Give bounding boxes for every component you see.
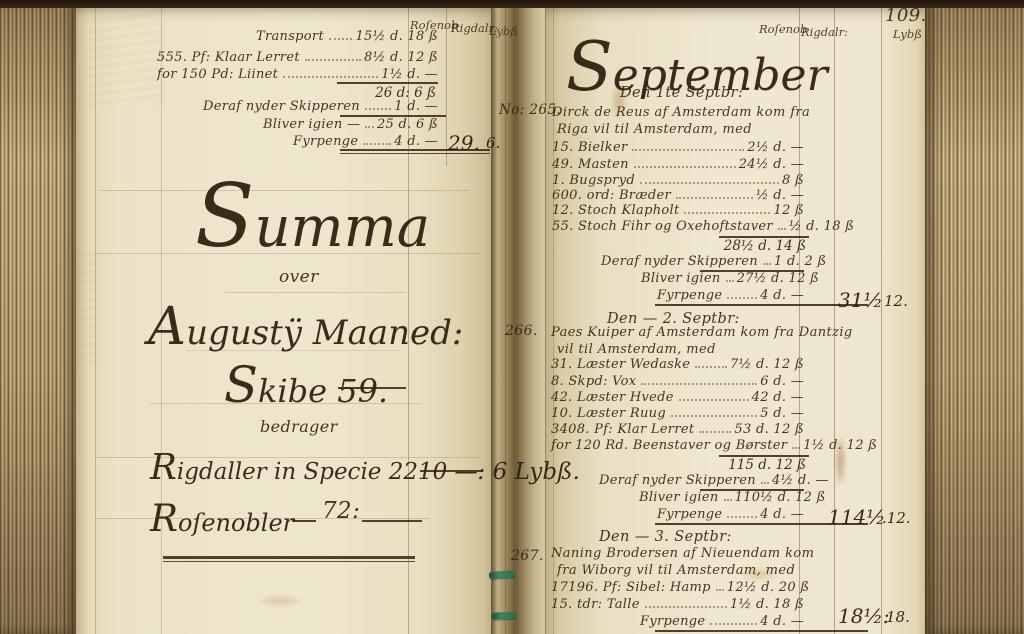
carryover-row: for 150 Pd: Liinet 1½ d. — (157, 67, 438, 82)
cargo-item: 55. Stoch Fihr og Oxehoftstaver (552, 219, 773, 234)
dotted-leader (365, 126, 374, 128)
skipper-deduction-row: Deraf nyder Skipperen 1 d. — (203, 99, 438, 114)
cargo-amount: 12½ d. 20 ß (727, 580, 810, 595)
remainder-row: Bliver igien27½ d. 12 ß (641, 271, 804, 286)
dotted-leader (727, 516, 757, 518)
carryover-item: for 150 Pd: Liinet (157, 67, 278, 82)
cargo-row: 31. Læster Wedaske7½ d. 12 ß (551, 357, 804, 372)
dash-rule (292, 520, 316, 522)
cargo-item: 31. Læster Wedaske (551, 357, 690, 372)
entry-subtotal: 115 d. 12 ß (700, 457, 806, 473)
cargo-row: 49. Masten24½ d. — (552, 157, 804, 172)
margin-total-rigsdaler: 18½: (838, 604, 890, 628)
cargo-row: 15. tdr: Talle1½ d. 18 ß (551, 597, 804, 612)
dotted-leader (724, 499, 732, 501)
skipper-label: Deraf nyder Skipperen (203, 99, 360, 114)
open-ledger-book: Roſenob Rigdalr: Lybß Transport 15½ d. 1… (0, 0, 1024, 634)
dotted-leader (640, 182, 779, 184)
fyrpenge-amount: 4 d. — (394, 134, 438, 149)
cargo-item: 12. Stoch Klapholt (552, 203, 679, 218)
remainder-amount: 110½ d. 12 ß (735, 490, 826, 505)
cargo-item: 42. Læster Hvede (551, 390, 674, 405)
summary-title: Summa (195, 166, 430, 267)
dotted-leader (305, 59, 361, 61)
summary-month: Augustÿ Maaned: (148, 296, 463, 357)
right-stack-shading (925, 0, 1024, 634)
dotted-leader (778, 228, 786, 230)
margin-total-rigsdaler: 114½ (828, 505, 886, 529)
summary-over: over (279, 267, 319, 287)
carryover-amount: 1½ d. — (381, 67, 438, 82)
entry-intro: fra Wiborg vil til Amsterdam, med (557, 563, 795, 578)
entry-date: Den 1te Septbr: (620, 85, 743, 101)
cargo-item: 3408. Pf: Klar Lerret (551, 422, 694, 437)
dotted-leader (632, 149, 744, 151)
entry-number: 267. (511, 548, 544, 564)
dotted-leader (283, 76, 378, 78)
cargo-amount: 2½ d. — (747, 140, 804, 155)
entry-intro: Naning Brodersen af Nieuendam kom (551, 546, 814, 561)
entry-date: Den — 3. Septbr: (599, 529, 732, 545)
cargo-row: 55. Stoch Fihr og Oxehoftstaver½ d. 18 ß (552, 219, 804, 234)
dash-rule (420, 470, 482, 472)
cargo-amount: 6 d. — (760, 374, 804, 389)
cargo-row: 600. ord: Bræder½ d. — (552, 188, 804, 203)
carryover-item: 555. Pf: Klaar Lerret (157, 50, 300, 65)
dotted-leader (363, 143, 391, 145)
carryover-row: Transport 15½ d. 18 ß (256, 29, 438, 44)
cargo-amount: 53 d. 12 ß (734, 422, 804, 437)
cargo-item: for 120 Rd. Beenstaver og Børster (551, 438, 787, 453)
fyrpenge-row: Fyrpenge4 d. — (657, 507, 804, 522)
cargo-amount: 1½ d. 12 ß (803, 438, 877, 453)
left-margin-total-skilling: 6. (486, 134, 500, 152)
dotted-leader (699, 431, 731, 433)
cargo-amount: 12 ß (773, 203, 804, 218)
cargo-item: 17196. Pf: Sibel: Hamp (551, 580, 711, 595)
fyrpenge-amount: 4 d. — (760, 614, 804, 629)
cargo-amount: 1½ d. 18 ß (730, 597, 804, 612)
fyrpenge-amount: 4 d. — (760, 288, 804, 303)
fyrpenge-row: Fyrpenge4 d. — (640, 614, 804, 629)
dash-rule (362, 520, 422, 522)
fyrpenge-amount: 4 d. — (760, 507, 804, 522)
cargo-item: 15. tdr: Talle (551, 597, 640, 612)
fyrpenge-row: Fyrpenge 4 d. — (293, 134, 438, 149)
cargo-row: 12. Stoch Klapholt12 ß (552, 203, 804, 218)
cargo-amount: 5 d. — (760, 406, 804, 421)
ink-bleedthrough-smudge (60, 250, 100, 370)
right-page-stack (925, 0, 1024, 634)
dotted-leader (641, 383, 757, 385)
entry-intro: vil til Amsterdam, med (557, 342, 716, 357)
sum-rule (337, 82, 438, 84)
dotted-leader (792, 447, 800, 449)
carryover-row: 555. Pf: Klaar Lerret 8½ d. 12 ß (157, 50, 438, 65)
cargo-row: 15. Bielker2½ d. — (552, 140, 804, 155)
cargo-row: 1. Bugspryd8 ß (552, 173, 804, 188)
cargo-amount: 8 ß (782, 173, 804, 188)
cargo-item: 49. Masten (552, 157, 629, 172)
entry-number: 266. (505, 323, 538, 339)
dotted-leader (634, 166, 736, 168)
skipper-amount: 1 d. 2 ß (774, 254, 826, 269)
cargo-row: 42. Læster Hvede42 d. — (551, 390, 804, 405)
remainder-label: Bliver igien (639, 490, 719, 505)
skipper-label: Deraf nyder Skipperen (601, 254, 758, 269)
summary-rosenobler-value: 72: (322, 498, 360, 524)
right-column-header-lybsk: Lybß (893, 27, 922, 41)
entry-intro: Riga vil til Amsterdam, med (557, 122, 752, 137)
closing-rule (163, 556, 415, 559)
remainder-row: Bliver igien110½ d. 12 ß (639, 490, 804, 505)
entry-intro: Dirck de Reus af Amsterdam kom fra (552, 105, 810, 120)
dotted-leader (726, 280, 734, 282)
dotted-leader (761, 482, 769, 484)
carryover-item: Transport (256, 29, 324, 44)
cargo-row: 17196. Pf: Sibel: Hamp12½ d. 20 ß (551, 580, 804, 595)
total-rule (655, 630, 868, 632)
carryover-amount: 8½ d. 12 ß (364, 50, 438, 65)
cargo-amount: 42 d. — (752, 390, 804, 405)
entry-intro: Paes Kuiper af Amsterdam kom fra Dantzig (551, 325, 853, 340)
entry-subtotal: 28½ d. 14 ß (700, 238, 806, 254)
dotted-leader (763, 263, 771, 265)
dotted-leader (671, 415, 757, 417)
cargo-item: 600. ord: Bræder (552, 188, 671, 203)
closing-rule (163, 561, 415, 562)
left-column-header-lybsk: Lybß (489, 24, 518, 38)
fyrpenge-label: Fyrpenge (657, 507, 722, 522)
remainder-amount: 25 d. 6 ß (377, 117, 438, 132)
faint-rule (225, 292, 405, 293)
book-cover-edge (0, 0, 1024, 8)
cargo-row: 8. Skpd: Vox6 d. — (551, 374, 804, 389)
dotted-leader (710, 623, 757, 625)
cargo-item: 10. Læster Ruug (551, 406, 666, 421)
dotted-leader (679, 399, 749, 401)
dotted-leader (365, 108, 391, 110)
page-number: 109. (885, 5, 927, 26)
ruled-line (881, 8, 882, 634)
cargo-item: 15. Bielker (552, 140, 627, 155)
cargo-row: 3408. Pf: Klar Lerret53 d. 12 ß (551, 422, 804, 437)
binding-stitch (492, 611, 516, 619)
skipper-deduction-row: Deraf nyder Skipperen1 d. 2 ß (601, 254, 804, 269)
dotted-leader (676, 197, 753, 199)
carryover-amount: 15½ d. 18 ß (355, 29, 438, 44)
margin-total-skilling: .12. (882, 509, 911, 527)
cargo-row: for 120 Rd. Beenstaver og Børster1½ d. 1… (551, 438, 804, 453)
cargo-amount: ½ d. — (756, 188, 804, 203)
left-margin-total-rigsdaler: 29. (448, 131, 480, 155)
cargo-item: 8. Skpd: Vox (551, 374, 636, 389)
dotted-leader (645, 606, 727, 608)
margin-total-skilling: 18. (886, 608, 910, 626)
remainder-label: Bliver igien — (263, 117, 360, 132)
fyrpenge-label: Fyrpenge (657, 288, 722, 303)
total-rule (655, 304, 868, 306)
cargo-amount: 24½ d. — (739, 157, 804, 172)
dotted-leader (684, 212, 770, 214)
fyrpenge-label: Fyrpenge (293, 134, 358, 149)
remainder-row: Bliver igien — 25 d. 6 ß (263, 117, 438, 132)
skipper-label: Deraf nyder Skipperen (599, 473, 756, 488)
fyrpenge-row: Fyrpenge4 d. — (657, 288, 804, 303)
ruled-line (834, 8, 835, 634)
dotted-leader (716, 589, 724, 591)
paper-stain (260, 596, 300, 606)
summary-rosenobler-label: Roſenobler (150, 496, 294, 540)
remainder-amount: 27½ d. 12 ß (737, 271, 820, 286)
fyrpenge-label: Fyrpenge (640, 614, 705, 629)
dotted-leader (727, 297, 757, 299)
ink-bleedthrough-smudge (85, 15, 165, 105)
dotted-leader (329, 38, 353, 40)
skipper-amount: 4½ d. — (772, 473, 829, 488)
remainder-label: Bliver igien (641, 271, 721, 286)
summary-ships: Skibe 59. (224, 356, 388, 414)
dotted-leader (695, 366, 727, 368)
cargo-row: 10. Læster Ruug5 d. — (551, 406, 804, 421)
skipper-deduction-row: Deraf nyder Skipperen4½ d. — (599, 473, 804, 488)
margin-total-skilling: 12. (884, 292, 908, 310)
margin-total-rigsdaler: 31½ (838, 288, 883, 312)
cargo-amount: ½ d. 18 ß (789, 219, 854, 234)
summary-bedrager: bedrager (260, 417, 338, 436)
skipper-amount: 1 d. — (394, 99, 438, 114)
cargo-amount: 7½ d. 12 ß (730, 357, 804, 372)
cargo-item: 1. Bugspryd (552, 173, 635, 188)
summary-rigsdaler-line: Rigdaller in Specie 2210 —: 6 Lybß. (150, 447, 580, 488)
dash-rule (338, 387, 406, 389)
